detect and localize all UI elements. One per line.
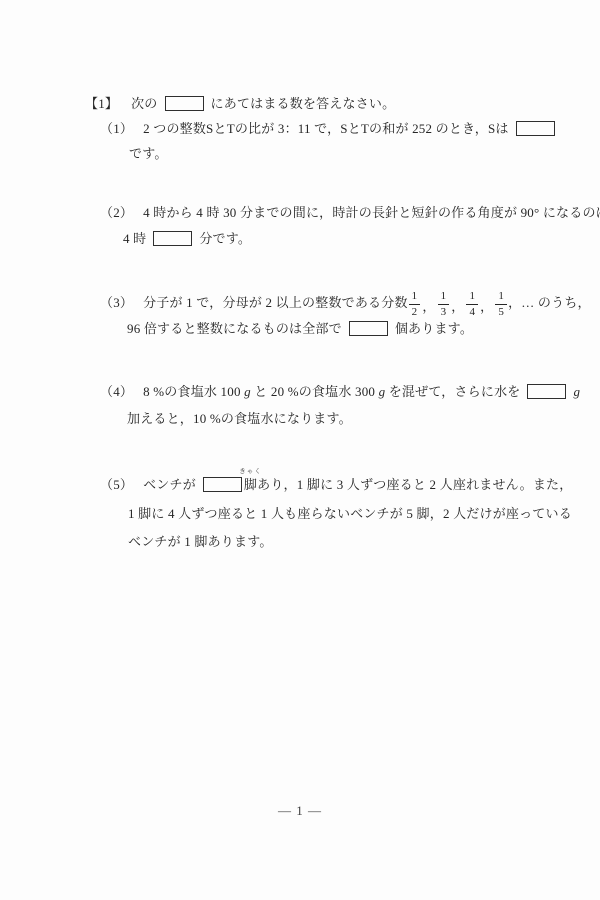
answer-box-example xyxy=(165,96,204,111)
fraction-one-fifth: 15 xyxy=(495,291,507,318)
fraction-separator: ， xyxy=(480,299,493,314)
question-5-line-1: （5）ベンチがきゃく脚あり，1 脚に 3 人ずつ座ると 2 人座れません。また， xyxy=(100,476,572,493)
question-5-text-cont-1: 1 脚に 4 人ずつ座ると 1 人も座らないベンチが 5 脚，2 人だけが座って… xyxy=(128,506,572,521)
fraction-separator: ， xyxy=(422,299,435,314)
question-2-text: 4 時から 4 時 30 分までの間に，時計の長針と短針の作る角度が 90° に… xyxy=(143,205,600,220)
answer-box-q2 xyxy=(153,231,192,246)
question-5-text-pre: ベンチが xyxy=(143,477,196,492)
fraction-one-quarter: 14 xyxy=(466,291,478,318)
answer-box-q1 xyxy=(516,121,555,136)
kyaku-kanji: 脚 xyxy=(244,477,257,492)
heading-text-pre: 次の xyxy=(131,96,157,111)
answer-box-q3 xyxy=(349,321,388,336)
question-3-line-1: （3）分子が 1 で，分母が 2 以上の整数である分数12，13，14，15，…… xyxy=(100,291,591,318)
question-2-line-2: 4 時分です。 xyxy=(123,230,251,247)
gram-unit: g xyxy=(244,384,251,399)
question-3-text2-post: 個あります。 xyxy=(395,321,473,336)
question-3-line-2: 96 倍すると整数になるものは全部で個あります。 xyxy=(127,320,473,337)
question-1-text: 2 つの整数SとTの比が 3：11 で，SとTの和が 252 のとき，Sは xyxy=(143,121,508,136)
furigana-kyaku: きゃく xyxy=(239,469,262,476)
question-5-line-3: ベンチが 1 脚あります。 xyxy=(128,533,273,550)
question-1-number: （1） xyxy=(100,121,133,136)
question-4-text-2: と 20 %の食塩水 300 xyxy=(251,384,379,399)
question-4-line-1: （4）8 %の食塩水 100 g と 20 %の食塩水 300 g を混ぜて，さ… xyxy=(100,383,580,400)
question-3-text-pre: 分子が 1 で，分母が 2 以上の整数である分数 xyxy=(143,295,408,310)
fraction-separator: ， xyxy=(451,299,464,314)
question-4-text-cont: 加えると，10 %の食塩水になります。 xyxy=(127,411,352,426)
question-2-text-pre: 4 時 xyxy=(123,231,146,246)
question-1-line-2: です。 xyxy=(129,145,168,162)
heading-text-post: にあてはまる数を答えなさい。 xyxy=(211,96,396,111)
question-1-text-cont: です。 xyxy=(129,146,168,161)
question-4-number: （4） xyxy=(100,384,133,399)
question-3-text-post: ，… のうち， xyxy=(508,295,591,310)
problem-set-number: 【1】 xyxy=(85,96,118,111)
question-5-number: （5） xyxy=(100,477,133,492)
gram-unit: g xyxy=(573,384,580,399)
question-4-line-2: 加えると，10 %の食塩水になります。 xyxy=(127,410,352,427)
question-4-text-3: を混ぜて，さらに水を xyxy=(385,384,520,399)
answer-box-q5 xyxy=(203,477,242,492)
page-number: — 1 — xyxy=(0,803,600,819)
kyaku-kanji-with-furigana: きゃく脚 xyxy=(244,476,257,493)
question-2-text-post: 分です。 xyxy=(199,231,251,246)
problem-1-heading: 【1】次のにあてはまる数を答えなさい。 xyxy=(85,95,395,112)
fraction-one-third: 13 xyxy=(438,291,450,318)
exam-page: 【1】次のにあてはまる数を答えなさい。 （1）2 つの整数SとTの比が 3：11… xyxy=(0,0,600,900)
question-4-text-1: 8 %の食塩水 100 xyxy=(143,384,244,399)
question-2-number: （2） xyxy=(100,205,133,220)
question-3-text2-pre: 96 倍すると整数になるものは全部で xyxy=(127,321,342,336)
answer-box-q4 xyxy=(527,384,566,399)
question-1-line-1: （1）2 つの整数SとTの比が 3：11 で，SとTの和が 252 のとき，Sは xyxy=(100,120,562,137)
question-5-text-post: あり，1 脚に 3 人ずつ座ると 2 人座れません。また， xyxy=(257,477,572,492)
question-5-line-2: 1 脚に 4 人ずつ座ると 1 人も座らないベンチが 5 脚，2 人だけが座って… xyxy=(128,505,572,522)
question-2-line-1: （2）4 時から 4 時 30 分までの間に，時計の長針と短針の作る角度が 90… xyxy=(100,204,600,221)
question-3-number: （3） xyxy=(100,295,133,310)
question-5-text-cont-2: ベンチが 1 脚あります。 xyxy=(128,534,273,549)
fraction-one-half: 12 xyxy=(409,291,421,318)
